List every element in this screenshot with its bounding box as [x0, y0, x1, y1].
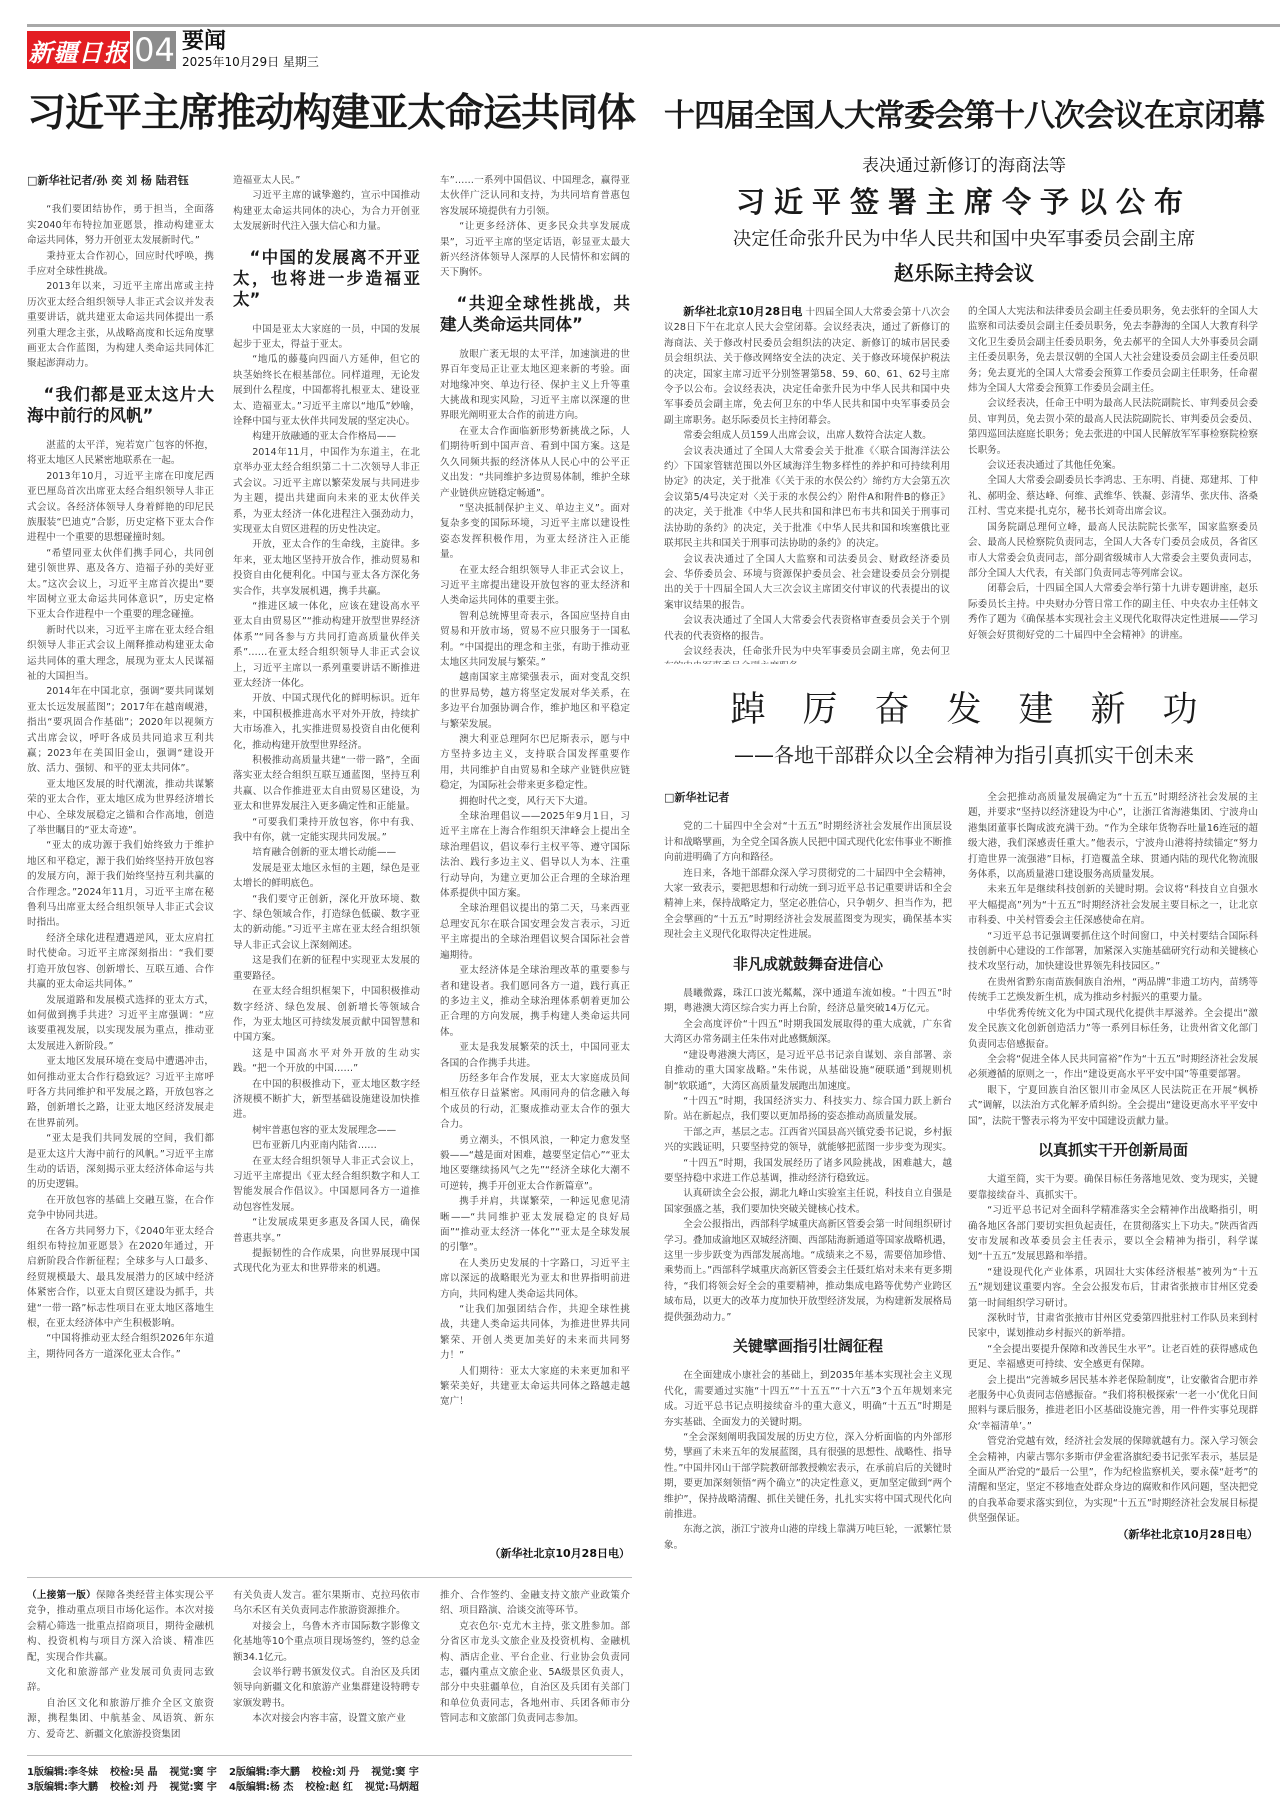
paragraph: 会上提出“完善城乡居民基本养老保险制度”，让安徽省合肥市养老服务中心负责同志倍感…	[968, 1373, 1258, 1435]
paragraph: 提振韧性的合作成果，向世界展现中国式现代化为亚太和世界带来的机遇。	[233, 1246, 420, 1277]
paragraph: 东海之滨，浙江宁波舟山港的岸线上靠满万吨巨轮，一派繁忙景象。	[664, 1522, 952, 1553]
article-bottom-subhead-3: 以真抓实干开创新局面	[968, 1143, 1258, 1158]
continued-label: （上接第一版）	[27, 1590, 96, 1601]
paragraph: 全球治理倡议提出的第二天，马来西亚总理安瓦尔在联合国安理会发言表示，习近平主席提…	[440, 901, 630, 963]
article-left-column-3: 车”……一系列中国倡议、中国理念，赢得亚太伙伴广泛认同和支持，为共同培育普惠包容…	[440, 173, 630, 1568]
section-info: 要闻 2025年10月29日 星期三	[182, 31, 319, 69]
paragraph: 2013年10月，习近平主席在印度尼西亚巴厘岛首次出席亚太经合组织领导人非正式会…	[27, 469, 214, 546]
paragraph: 全球治理倡议——2025年9月1日，习近平主席在上海合作组织天津峰会上提出全球治…	[440, 809, 630, 901]
continued-column-3: 推介、合作签约、金融支持文旅产业政策介绍、项目路演、洽谈交流等环节。 克衣色尔·…	[440, 1588, 630, 1738]
paragraph: “建设粤港澳大湾区，是习近平总书记亲自谋划、亲自部署、亲自推动的重大国家战略。”…	[664, 1048, 952, 1094]
paragraph: 在中国的积极推动下，亚太地区数字经济规模不断扩大，新型基础设施建设加快推进。	[233, 1077, 420, 1123]
paragraph: 克衣色尔·克尤木主持，张文胜参加。部分省区市龙头文旅企业及投资机构、金融机构、酒…	[440, 1619, 630, 1727]
paragraph: 有关负责人发言。霍尔果斯市、克拉玛依市乌尔禾区有关负责同志作旅游资源推介。	[233, 1588, 420, 1619]
paragraph: 这是中国高水平对外开放的生动实践。“把一个开放的中国……”	[233, 1046, 420, 1077]
article-left-subhead-2: “中国的发展离不开亚太，也将进一步造福亚太”	[233, 247, 420, 310]
paragraph: “亚太是我们共同发展的空间，我们都是亚太这片大海中前行的风帆。”习近平主席生动的…	[27, 1131, 214, 1193]
paragraph: 积极推动高质量共建“一带一路”，全面落实亚太经合组织互联互通蓝图，坚持互利共赢、…	[233, 753, 420, 815]
article-left-column-2: 造福亚太人民。” 习近平主席的诚挚邀约，宣示中国推动构建亚太命运共同体的决心，为…	[233, 173, 420, 1568]
paragraph: 在亚太经合组织框架下，中国积极推动数字经济、绿色发展、创新增长等领域合作，为亚太…	[233, 984, 420, 1046]
paragraph: 澳大利亚总理阿尔巴尼斯表示，愿与中方坚持多边主义，支持联合国发挥重要作用，共同维…	[440, 732, 630, 794]
article-left-signoff: （新华社北京10月28日电）	[440, 1545, 630, 1561]
paragraph: 对接会上，乌鲁木齐市国际数字影像文化基地等10个重点项目现场签约，签约总金额34…	[233, 1619, 420, 1665]
top-rule	[27, 24, 1280, 27]
paragraph: 湛蓝的太平洋，宛若宽广包容的怀抱，将亚太地区人民紧密地联系在一起。	[27, 438, 214, 469]
paragraph: 全会公报指出，西部科学城重庆高新区管委会第一时间组织研讨学习。叠加成渝地区双城经…	[664, 1217, 952, 1325]
dateline: 新华社北京10月28日电	[683, 305, 802, 318]
paragraph: 认真研读全会公报，湖北九峰山实验室主任说，科技自立自强是国家强盛之基，我们要加快…	[664, 1186, 952, 1217]
paragraph: 亚太地区发展的时代潮流，推动共谋繁荣的亚太合作，亚太地区成为世界经济增长中心、全…	[27, 777, 214, 839]
paragraph: 2013年以来，习近平主席出席或主持历次亚太经合组织领导人非正式会议并发表重要讲…	[27, 279, 214, 371]
article-right-subhead-2: 决定任命张升民为中华人民共和国中央军事委员会副主席	[648, 228, 1280, 252]
masthead: 新疆日报 04 要闻 2025年10月29日 星期三	[27, 31, 319, 69]
paragraph: “十四五”时期，我国经济实力、科技实力、综合国力跃上新台阶。站在新起点，我们要以…	[664, 1094, 952, 1125]
paragraph: 发展是亚太地区永恒的主题，绿色是亚太增长的鲜明底色。	[233, 861, 420, 892]
paragraph: 2014年11月，中国作为东道主，在北京举办亚太经合组织第二十二次领导人非正式会…	[233, 445, 420, 537]
paragraph: “希望同亚太伙伴们携手同心，共同创建引领世界、惠及各方、造福子孙的美好亚太。”这…	[27, 546, 214, 623]
issue-date: 2025年10月29日 星期三	[182, 56, 319, 69]
paragraph: 人们期待：亚太大家庭的未来更加和平繁荣美好，共建亚太命运共同体之路越走越宽广！	[440, 1364, 630, 1410]
paragraph: 勇立潮头，不惧风浪，一种定力愈发坚毅——“越是面对困难，越要坚定信心”“亚太地区…	[440, 1133, 630, 1195]
paragraph: 习近平主席的诚挚邀约，宣示中国推动构建亚太命运共同体的决心，为合力开创亚太发展新…	[233, 188, 420, 234]
article-left-subhead-1: “我们都是亚太这片大海中前行的风帆”	[27, 384, 214, 426]
paragraph: 发展道路和发展模式选择的亚太方式，如何做到携手共进？习近平主席强调：“应该要重视…	[27, 993, 214, 1055]
paragraph: 闭幕会后，十四届全国人大常委会举行第十九讲专题讲座，赵乐际委员长主持。中央财办分…	[968, 581, 1258, 643]
paragraph: 秉持亚太合作初心，回应时代呼唤，携手应对全球性挑战。	[27, 249, 214, 280]
paragraph: “让更多经济体、更多民众共享发展成果”，习近平主席的坚定话语，彰显亚太最大新兴经…	[440, 219, 630, 281]
page-number: 04	[133, 31, 176, 69]
paragraph: 眼下，宁夏回族自治区银川市金凤区人民法院正在开展“枫桥式”调解，以法治方式化解矛…	[968, 1083, 1258, 1129]
paragraph: “我们要守正创新，深化开放环境、数字、绿色领域合作，打造绿色低碳、数字亚太的新动…	[233, 892, 420, 954]
article-bottom-signoff: （新华社北京10月28日电）	[968, 1527, 1258, 1542]
paragraph: 会议表决通过了全国人大监察和司法委员会、财政经济委员会、华侨委员会、环境与资源保…	[664, 552, 950, 614]
paragraph: “让发展成果更多惠及各国人民，确保普惠共享。”	[233, 1215, 420, 1246]
paragraph: “全会提出要提升保障和改善民生水平”。让老百姓的获得感成色更足、幸福感更可持续、…	[968, 1342, 1258, 1373]
paragraph: 的全国人大宪法和法律委员会副主任委员职务，免去张轩的全国人大监察和司法委员会副主…	[968, 304, 1258, 396]
article-bottom-subtitle: ——各地干部群众以全会精神为指引真抓实干创未来	[648, 742, 1280, 768]
paragraph: 这是我们在新的征程中实现亚太发展的重要路径。	[233, 953, 420, 984]
paragraph: 自治区文化和旅游厅推介全区文旅资源，携程集团、中航基金、凤语筑、新东方、爱奇艺、…	[27, 1696, 214, 1738]
paragraph: 国务院副总理何立峰，最高人民法院院长张军，国家监察委员会、最高人民检察院负责同志…	[968, 520, 1258, 582]
divider	[27, 1577, 632, 1578]
paragraph: 党的二十届四中全会对“十五五”时期经济社会发展作出顶层设计和战略擘画，为全党全国…	[664, 819, 952, 865]
paragraph: 在亚太经合组织领导人非正式会议上，习近平主席提出《亚太经合组织数字和人工智能发展…	[233, 1154, 420, 1216]
paragraph: 干部之声，基层之志。江西省兴国县高兴镇党委书记说，乡村振兴的实践证明，只要坚持党…	[664, 1125, 952, 1156]
paragraph: （上接第一版）保障各类经营主体实现公平竞争，推动重点项目市场化运作。本次对接会精…	[27, 1588, 214, 1665]
paragraph: 携手并肩，共谋繁荣，一种远见愈见清晰——“共同维护亚太发展稳定的良好局面”“推动…	[440, 1194, 630, 1256]
paragraph: 会议经表决，任命王中明为最高人民法院副院长、审判委员会委员、审判员，免去贺小荣的…	[968, 396, 1258, 458]
paragraph: 全会把推动高质量发展确定为“十五五”时期经济社会发展的主题，并要求“坚持以经济建…	[968, 790, 1258, 882]
paragraph: 会议经表决，任命张升民为中央军事委员会副主席，免去何卫东的中央军事委员会副主席职…	[664, 644, 950, 664]
paragraph: 在贵州省黔东南苗族侗族自治州，“两品牌”非遗工坊内，苗绣等传统手工艺焕发新生机，…	[968, 975, 1258, 1006]
paragraph: 在亚太经合组织领导人非正式会议上，习近平主席提出建设开放包容的亚太经济和人类命运…	[440, 563, 630, 609]
article-right-main-title[interactable]: 习近平签署主席令予以公布	[648, 183, 1280, 221]
section-title: 要闻	[182, 31, 319, 53]
paragraph: 管党治党越有效，经济社会发展的保障就越有力。深入学习领会全会精神，内蒙古鄂尔多斯…	[968, 1434, 1258, 1526]
paragraph: 推介、合作签约、金融支持文旅产业政策介绍、项目路演、洽谈交流等环节。	[440, 1588, 630, 1619]
paragraph: “中国将推动亚太经合组织2026年东道主，期待同各方一道深化亚太合作。”	[27, 1331, 214, 1362]
paragraph: 亚太经济体是全球治理改革的重要参与者和建设者。我们愿同各方一道，践行真正的多边主…	[440, 963, 630, 1040]
paragraph: 拥抱时代之变，风行天下大道。	[440, 794, 630, 809]
paragraph: “地瓜的藤蔓向四面八方延伸，但它的块茎始终长在根基部位。同样道理，无论发展到什么…	[233, 352, 420, 429]
paragraph: 开放、中国式现代化的鲜明标识。近年来，中国积极推进高水平对外开放，持续扩大市场准…	[233, 691, 420, 753]
credits-line-2: 3版编辑:李大鹏校检:刘 丹视觉:窦 宇4版编辑:杨 杰校检:赵 红视觉:马炳超	[27, 1780, 431, 1795]
article-right-column-2: 的全国人大宪法和法律委员会副主任委员职务，免去张轩的全国人大监察和司法委员会副主…	[968, 304, 1258, 664]
paragraph: 新时代以来，习近平主席在亚太经合组织领导人非正式会议上阐释推动构建亚太命运共同体…	[27, 623, 214, 685]
article-bottom-headline[interactable]: 踔厉奋发建新功	[648, 688, 1280, 732]
paragraph: 在开放包容的基础上交融互鉴，在合作竞争中协同共进。	[27, 1193, 214, 1224]
credits-line-1: 1版编辑:李冬妹校检:吴 晶视觉:窦 宇2版编辑:李大鹏校检:刘 丹视觉:窦 宇	[27, 1765, 431, 1780]
paragraph: 文化和旅游部产业发展司负责同志致辞。	[27, 1665, 214, 1696]
paragraph: “习近平总书记强调要抓住这个时间窗口，中关村要结合国际科技创新中心建设的工作部署…	[968, 929, 1258, 975]
paragraph: 巴布亚新几内亚南内陆省……	[233, 1138, 420, 1153]
paragraph: 历经多年合作发展，亚太大家庭成员间相互依存日益紧密。风雨同舟的信念融入每个成员的…	[440, 1071, 630, 1133]
paragraph: “习近平总书记对全面科学精准落实全会精神作出战略指引，明确各地区各部门要切实担负…	[968, 1203, 1258, 1265]
paragraph: 构建开放融通的亚太合作格局——	[233, 429, 420, 444]
paragraph: 放眼广袤无垠的太平洋，加速演进的世界百年变局正让亚太地区迎来新的考验。面对地缘冲…	[440, 347, 630, 424]
paragraph: “可要我们秉持开放包容，你中有我、我中有你，就一定能实现共同发展。”	[233, 815, 420, 846]
article-right-headline[interactable]: 十四届全国人大常委会第十八次会议在京闭幕	[648, 96, 1280, 136]
paragraph: 树牢普惠包容的亚太发展理念——	[233, 1123, 420, 1138]
paragraph: “让我们加强团结合作，共迎全球性挑战，共建人类命运共同体，为推进世界共同繁荣、开…	[440, 1302, 630, 1364]
newspaper-logo[interactable]: 新疆日报	[27, 31, 130, 69]
article-bottom-subhead-1: 非凡成就鼓舞奋进信心	[664, 957, 952, 972]
paragraph: 全国人大常委会副委员长李鸿忠、王东明、肖捷、郑建邦、丁仲礼、郝明金、蔡达峰、何维…	[968, 473, 1258, 519]
paragraph: 会议举行聘书颁发仪式。自治区及兵团领导向新疆文化和旅游产业集群建设特聘专家颁发聘…	[233, 1665, 420, 1711]
article-left-byline: □新华社记者/孙 奕 刘 杨 陆君钰	[27, 173, 214, 188]
article-bottom-column-2: 全会把推动高质量发展确定为“十五五”时期经济社会发展的主题，并要求“坚持以经济建…	[968, 790, 1258, 1800]
paragraph: 2014年在中国北京，强调“要共同谋划亚太长远发展蓝图”；2017年在越南岘港，…	[27, 684, 214, 776]
article-right-subhead-3: 赵乐际主持会议	[648, 260, 1280, 286]
article-left-column-1: □新华社记者/孙 奕 刘 杨 陆君钰 “我们要团结协作，勇于担当，全面落实204…	[27, 173, 214, 1568]
paragraph: 中华优秀传统文化为中国式现代化提供丰厚滋养。全会提出“激发全民族文化创新创造活力…	[968, 1006, 1258, 1052]
paragraph: 亚太地区发展环境在变局中遭遇冲击，如何推动亚太合作行稳致远？习近平主席呼吁各方共…	[27, 1054, 214, 1131]
paragraph: 造福亚太人民。”	[233, 173, 420, 188]
paragraph: 新华社北京10月28日电 十四届全国人大常委会第十八次会议28日下午在北京人民大…	[664, 304, 950, 428]
paragraph: “推进区域一体化，应该在建设高水平亚太自由贸易区”“推动构建开放型世界经济体系”…	[233, 599, 420, 691]
paragraph: 亚太是我发展繁荣的沃土，中国同亚太各国的合作携手共进。	[440, 1040, 630, 1071]
paragraph: 会议表决通过了全国人大常委会代表资格审查委员会关于个别代表的代表资格的报告。	[664, 613, 950, 644]
paragraph: “全会深刻阐明我国发展的历史方位，深入分析面临的内外部形势，擘画了未来五年的发展…	[664, 1430, 952, 1522]
article-left-subhead-3: “共迎全球性挑战，共建人类命运共同体”	[440, 293, 630, 335]
paragraph: 全会高度评价“十四五”时期我国发展取得的重大成就，广东省大湾区办常务副主任朱伟对…	[664, 1017, 952, 1048]
paragraph: 培育融合创新的亚太增长动能——	[233, 845, 420, 860]
article-right-column-1: 新华社北京10月28日电 十四届全国人大常委会第十八次会议28日下午在北京人民大…	[664, 304, 950, 664]
paragraph: 在全面建成小康社会的基础上，到2035年基本实现社会主义现代化，需要通过实施“十…	[664, 1368, 952, 1430]
continued-column-1: （上接第一版）保障各类经营主体实现公平竞争，推动重点项目市场化运作。本次对接会精…	[27, 1588, 214, 1738]
paragraph: 大道至简，实干为要。确保目标任务落地见效、变为现实，关键要靠接续奋斗、真抓实干。	[968, 1172, 1258, 1203]
paragraph: 深秋时节，甘肃省张掖市甘州区党委第四批驻村工作队员来到村民家中，谋划推动乡村振兴…	[968, 1311, 1258, 1342]
paragraph: 会议还表决通过了其他任免案。	[968, 458, 1258, 473]
paragraph: 智利总统博里奇表示，各国应坚持自由贸易和开放市场，贸易不应只服务于一国私利。“中…	[440, 609, 630, 671]
paragraph: 经济全球化进程遭遇逆风，亚太应肩扛时代使命。习近平主席深刻指出：“我们要打造开放…	[27, 931, 214, 993]
paragraph: 越南国家主席梁强表示，面对变乱交织的世界局势，越方将坚定发展对华关系，在多边平台…	[440, 670, 630, 732]
paragraph: 在人类历史发展的十字路口，习近平主席以深远的战略眼光为亚太和世界指明前进方向，共…	[440, 1256, 630, 1302]
paragraph: 车”……一系列中国倡议、中国理念，赢得亚太伙伴广泛认同和支持，为共同培育普惠包容…	[440, 173, 630, 219]
paragraph: 开放，亚太合作的生命线，主旋律。多年来，亚太地区坚持开放合作，推动贸易和投资自由…	[233, 537, 420, 599]
paragraph: “十四五”时期，我国发展经历了诸多风险挑战，困难越大，越要坚持稳中求进工作总基调…	[664, 1156, 952, 1187]
paragraph: 晨曦微露，珠江口波光粼粼，深中通道车流如梭。“十四五”时期，粤港澳大湾区综合实力…	[664, 986, 952, 1017]
article-left-headline[interactable]: 习近平主席推动构建亚太命运共同体	[27, 90, 632, 138]
paragraph: 在各方共同努力下，《2040年亚太经合组织布特拉加亚愿景》在2020年通过，开启…	[27, 1224, 214, 1332]
article-bottom-subhead-2: 关键擘画指引壮阔征程	[664, 1339, 952, 1354]
paragraph: 会议表决通过了全国人大常委会关于批准《〈联合国海洋法公约〉下国家管辖范围以外区域…	[664, 444, 950, 552]
paragraph: 在亚太合作面临新形势新挑战之际，人们期待听到中国声音、看到中国方案。这是久久同频…	[440, 424, 630, 501]
paragraph: 全会将“促进全体人民共同富裕”作为“十五五”时期经济社会发展必须遵循的原则之一，…	[968, 1052, 1258, 1083]
editor-credits: 1版编辑:李冬妹校检:吴 晶视觉:窦 宇2版编辑:李大鹏校检:刘 丹视觉:窦 宇…	[27, 1765, 431, 1795]
paragraph: “坚决抵制保护主义、单边主义”。面对复杂多变的国际环境，习近平主席以建设性姿态发…	[440, 501, 630, 563]
article-right-subhead-1: 表决通过新修订的海商法等	[648, 155, 1280, 177]
article-bottom-byline: □新华社记者	[664, 790, 952, 805]
continued-column-2: 有关负责人发言。霍尔果斯市、克拉玛依市乌尔禾区有关负责同志作旅游资源推介。 对接…	[233, 1588, 420, 1738]
paragraph: 连日来，各地干部群众深入学习贯彻党的二十届四中全会精神，大家一致表示，要把思想和…	[664, 866, 952, 943]
paragraph: 常委会组成人员159人出席会议，出席人数符合法定人数。	[664, 428, 950, 443]
article-bottom-column-1: □新华社记者 党的二十届四中全会对“十五五”时期经济社会发展作出顶层设计和战略擘…	[664, 790, 952, 1800]
paragraph: “我们要团结协作，勇于担当，全面落实2040年布特拉加亚愿景，推动构建亚太命运共…	[27, 202, 214, 248]
paragraph: “建设现代化产业体系，巩固壮大实体经济根基”被列为“十五五”规划建议重要内容。全…	[968, 1265, 1258, 1311]
paragraph: “亚太的成功源于我们始终致力于维护地区和平稳定，源于我们始终坚持开放包容的发展方…	[27, 838, 214, 930]
paragraph: 本次对接会内容丰富，设置文旅产业	[233, 1711, 420, 1726]
paragraph: 未来五年是继续科技创新的关键时期。会议将“科技自立自强水平大幅提高”列为“十五五…	[968, 882, 1258, 928]
footer-divider	[27, 1755, 632, 1756]
paragraph: 中国是亚太大家庭的一员，中国的发展起步于亚太，得益于亚太。	[233, 322, 420, 353]
